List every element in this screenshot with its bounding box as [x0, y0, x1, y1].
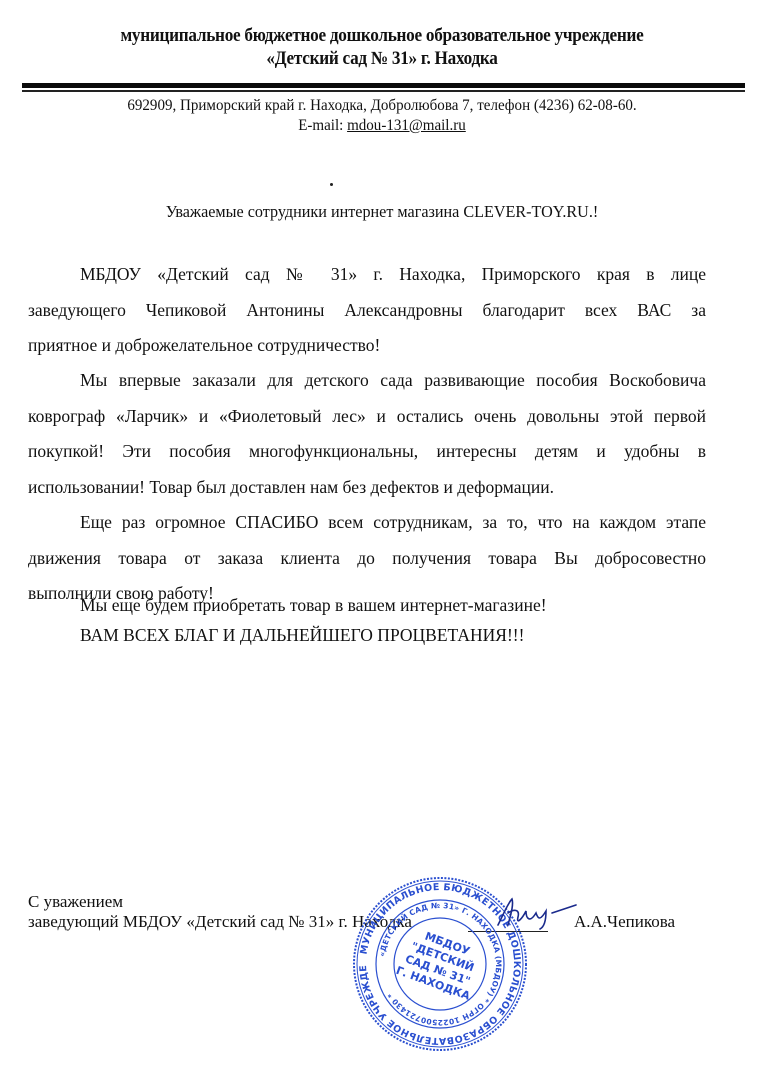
- letter-greeting: Уважаемые сотрудники интернет магазина C…: [19, 202, 745, 222]
- paragraph-4: Мы еще будем приобретать товар в вашем и…: [28, 590, 706, 650]
- org-name-line-1: муниципальное бюджетное дошкольное образ…: [27, 26, 738, 47]
- paragraph-2: Мы впервые заказали для детского сада ра…: [28, 363, 706, 505]
- paragraph-line: МБДОУ «Детский сад № 31» г. Находка, При…: [28, 257, 706, 293]
- email-line: E-mail: mdou-131@mail.ru: [23, 117, 741, 135]
- letterhead-divider-thin: [22, 90, 745, 92]
- signatory-name: А.А.Чепикова: [574, 912, 675, 932]
- paragraph-line: Мы впервые заказали для детского сада ра…: [28, 363, 706, 399]
- email-label: E-mail:: [298, 117, 347, 134]
- paragraph-line: коврограф «Ларчик» и «Фиолетовый лес» и …: [28, 399, 706, 435]
- closing-wish: ВАМ ВСЕХ БЛАГ И ДАЛЬНЕЙШЕГО ПРОЦВЕТАНИЯ!…: [28, 620, 706, 650]
- paragraph-line: использовании! Товар был доставлен нам б…: [28, 470, 706, 506]
- org-name-line-2: «Детский сад № 31» г. Находка: [27, 49, 738, 70]
- closing-regards: С уважением: [28, 892, 123, 912]
- letterhead-divider-thick: [22, 83, 745, 88]
- paragraph-1: МБДОУ «Детский сад № 31» г. Находка, При…: [28, 257, 706, 364]
- paragraph-line: приятное и доброжелательное сотрудничест…: [28, 328, 706, 364]
- paragraph-line: Еще раз огромное СПАСИБО всем сотрудника…: [28, 505, 706, 541]
- paragraph-line: Мы еще будем приобретать товар в вашем и…: [28, 590, 706, 620]
- scan-speck: [330, 183, 333, 186]
- paragraph-line: заведующего Чепиковой Антонины Александр…: [28, 293, 706, 329]
- email-link[interactable]: mdou-131@mail.ru: [347, 117, 466, 134]
- paragraph-line: покупкой! Эти пособия многофункциональны…: [28, 434, 706, 470]
- handwritten-signature: [490, 895, 580, 931]
- address-line: 692909, Приморский край г. Находка, Добр…: [23, 97, 741, 115]
- paragraph-line: движения товара от заказа клиента до пол…: [28, 541, 706, 577]
